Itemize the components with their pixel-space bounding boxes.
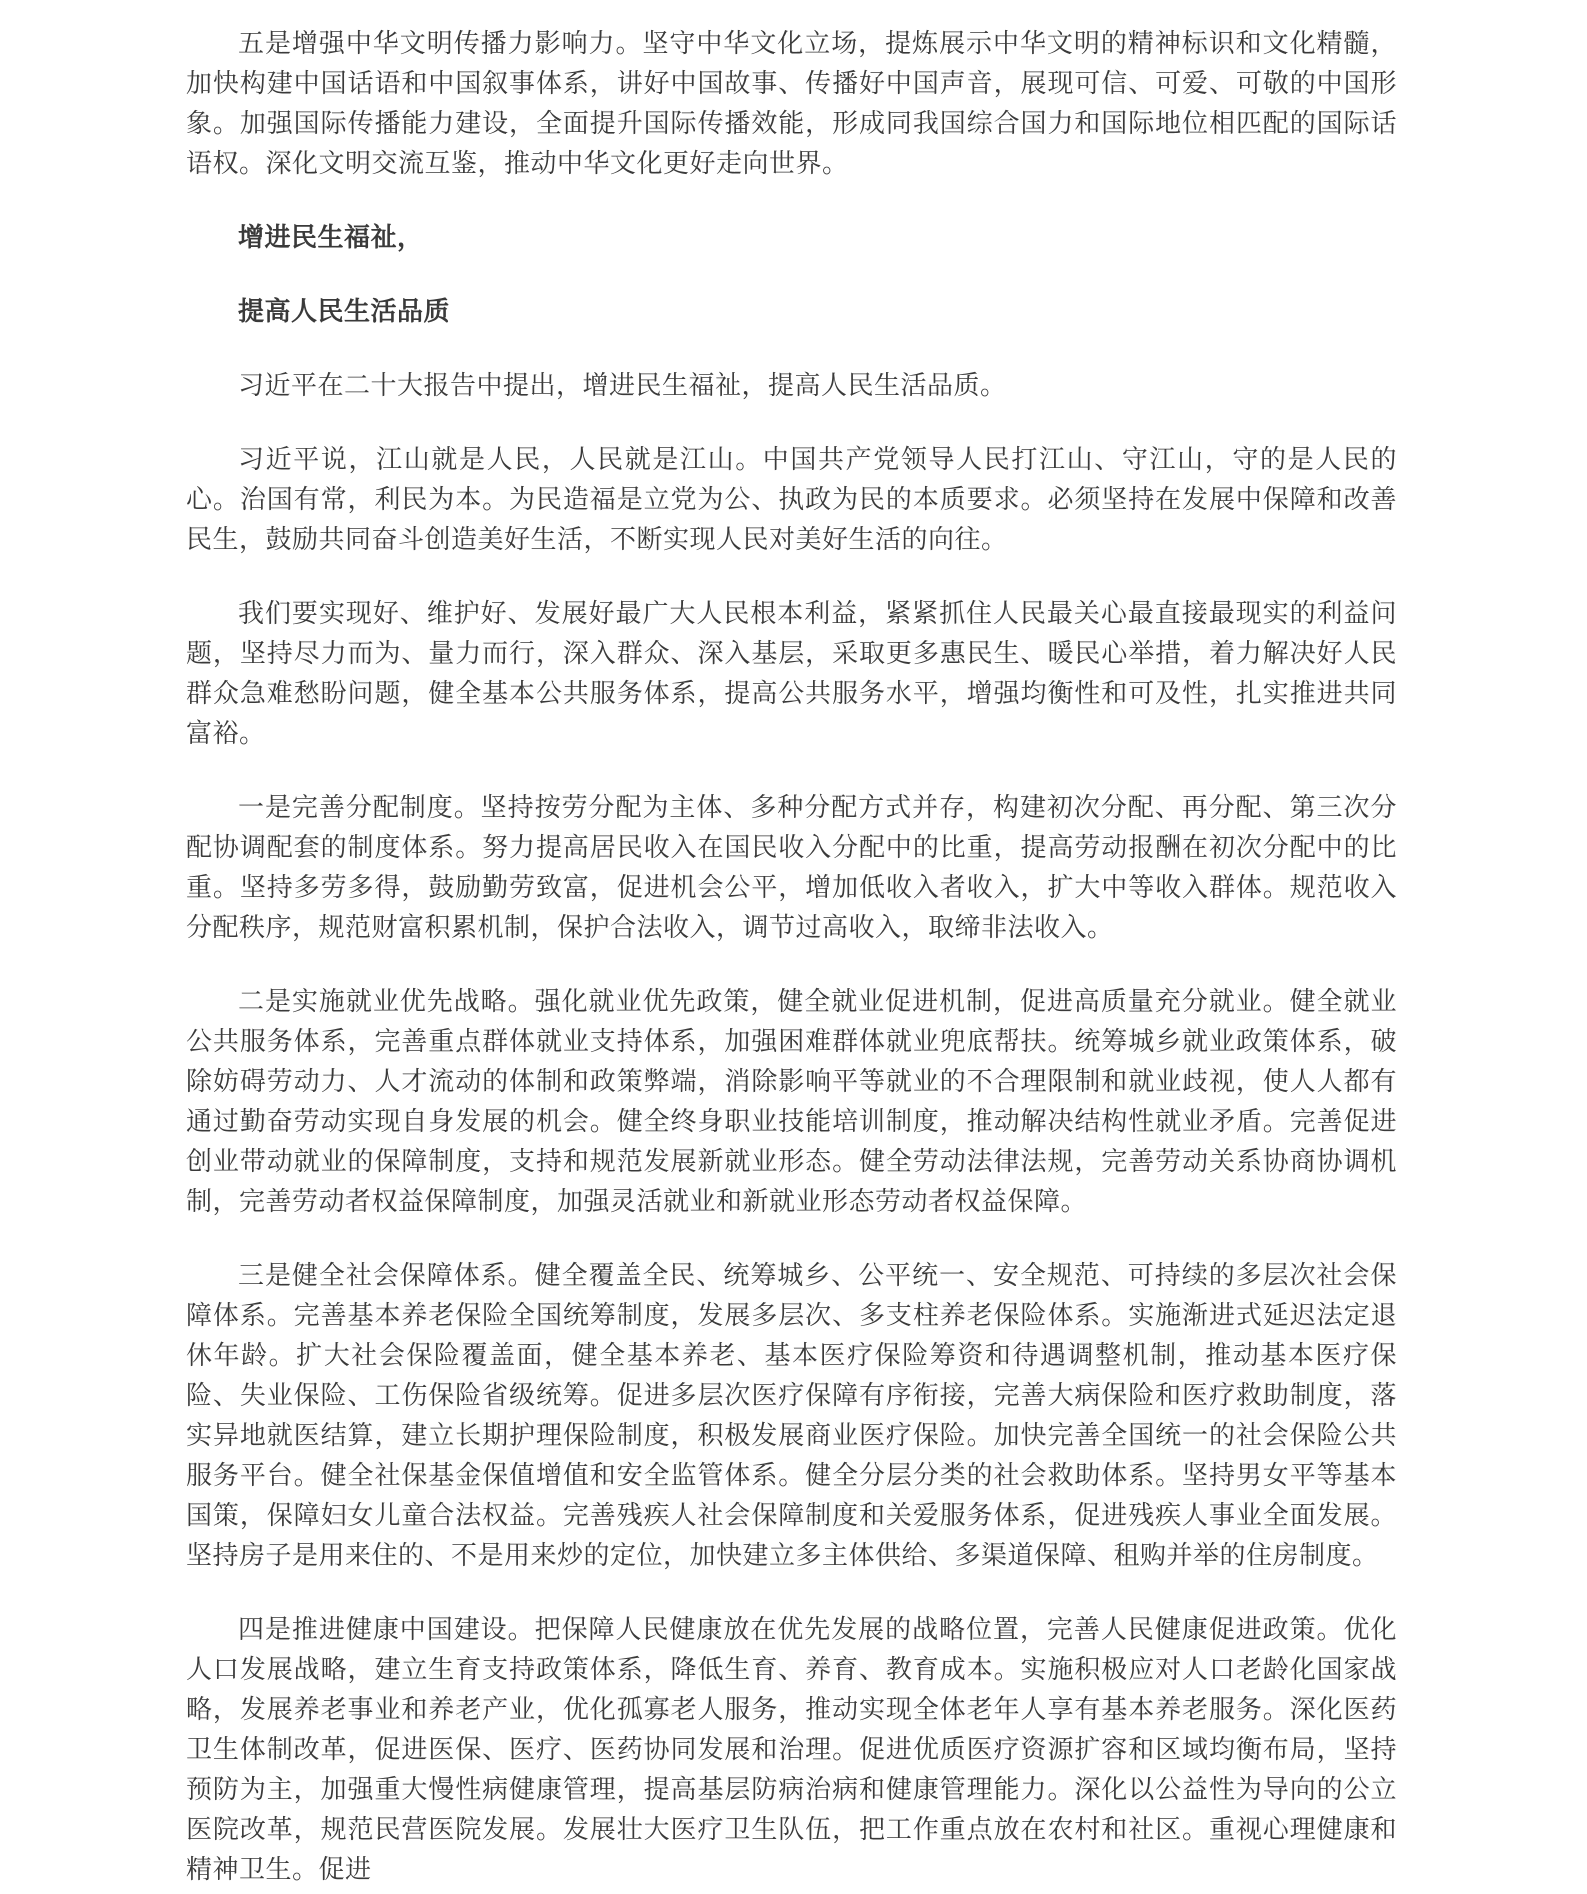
section-heading-line-2: 提高人民生活品质 bbox=[186, 292, 1397, 332]
paragraph-item-1-distribution: 一是完善分配制度。坚持按劳分配为主体、多种分配方式并存，构建初次分配、再分配、第… bbox=[186, 788, 1397, 948]
paragraph-people-interests: 我们要实现好、维护好、发展好最广大人民根本利益，紧紧抓住人民最关心最直接最现实的… bbox=[186, 594, 1397, 754]
paragraph-item-2-employment: 二是实施就业优先战略。强化就业优先政策，健全就业促进机制，促进高质量充分就业。健… bbox=[186, 982, 1397, 1222]
paragraph-people-country: 习近平说，江山就是人民，人民就是江山。中国共产党领导人民打江山、守江山，守的是人… bbox=[186, 440, 1397, 560]
paragraph-item-4-healthy-china: 四是推进健康中国建设。把保障人民健康放在优先发展的战略位置，完善人民健康促进政策… bbox=[186, 1610, 1397, 1890]
paragraph-report-intro: 习近平在二十大报告中提出，增进民生福祉，提高人民生活品质。 bbox=[186, 366, 1397, 406]
paragraph-culture-spread: 五是增强中华文明传播力影响力。坚守中华文化立场，提炼展示中华文明的精神标识和文化… bbox=[186, 24, 1397, 184]
document-page: 五是增强中华文明传播力影响力。坚守中华文化立场，提炼展示中华文明的精神标识和文化… bbox=[0, 0, 1587, 1894]
section-heading-line-1: 增进民生福祉， bbox=[186, 218, 1397, 258]
paragraph-item-3-social-security: 三是健全社会保障体系。健全覆盖全民、统筹城乡、公平统一、安全规范、可持续的多层次… bbox=[186, 1256, 1397, 1576]
